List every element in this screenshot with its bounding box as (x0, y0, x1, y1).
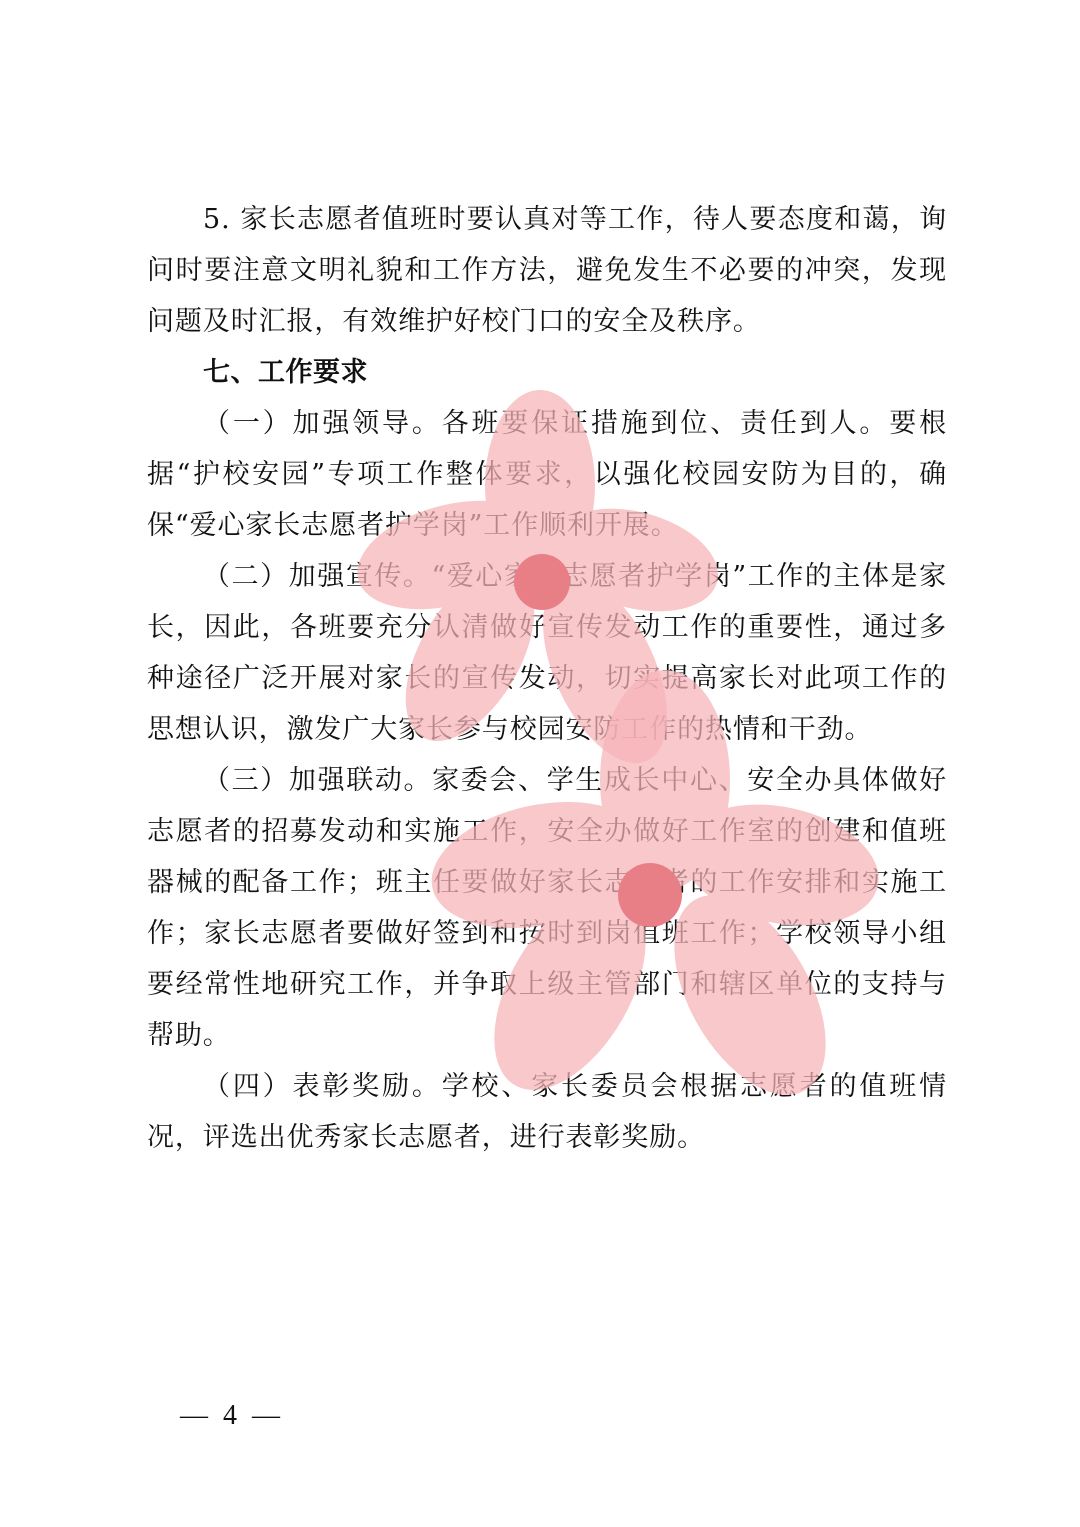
section-heading-work-requirements: 七、工作要求 (147, 347, 947, 398)
paragraph-requirement-1: （一）加强领导。各班要保证措施到位、责任到人。要根据“护校安园”专项工作整体要求… (147, 398, 947, 551)
document-body: 5. 家长志愿者值班时要认真对等工作，待人要态度和蔼，询问时要注意文明礼貌和工作… (147, 194, 947, 1163)
paragraph-requirement-3: （三）加强联动。家委会、学生成长中心、安全办具体做好志愿者的招募发动和实施工作，… (147, 755, 947, 1061)
paragraph-requirement-2: （二）加强宣传。“爱心家长志愿者护学岗”工作的主体是家长，因此，各班要充分认清做… (147, 551, 947, 755)
paragraph-requirement-4: （四）表彰奖励。学校、家长委员会根据志愿者的值班情况，评选出优秀家长志愿者，进行… (147, 1061, 947, 1163)
page-number: — 4 — (180, 1400, 284, 1432)
document-page: 5. 家长志愿者值班时要认真对等工作，待人要态度和蔼，询问时要注意文明礼貌和工作… (0, 0, 1080, 1527)
paragraph-item-5: 5. 家长志愿者值班时要认真对等工作，待人要态度和蔼，询问时要注意文明礼貌和工作… (147, 194, 947, 347)
